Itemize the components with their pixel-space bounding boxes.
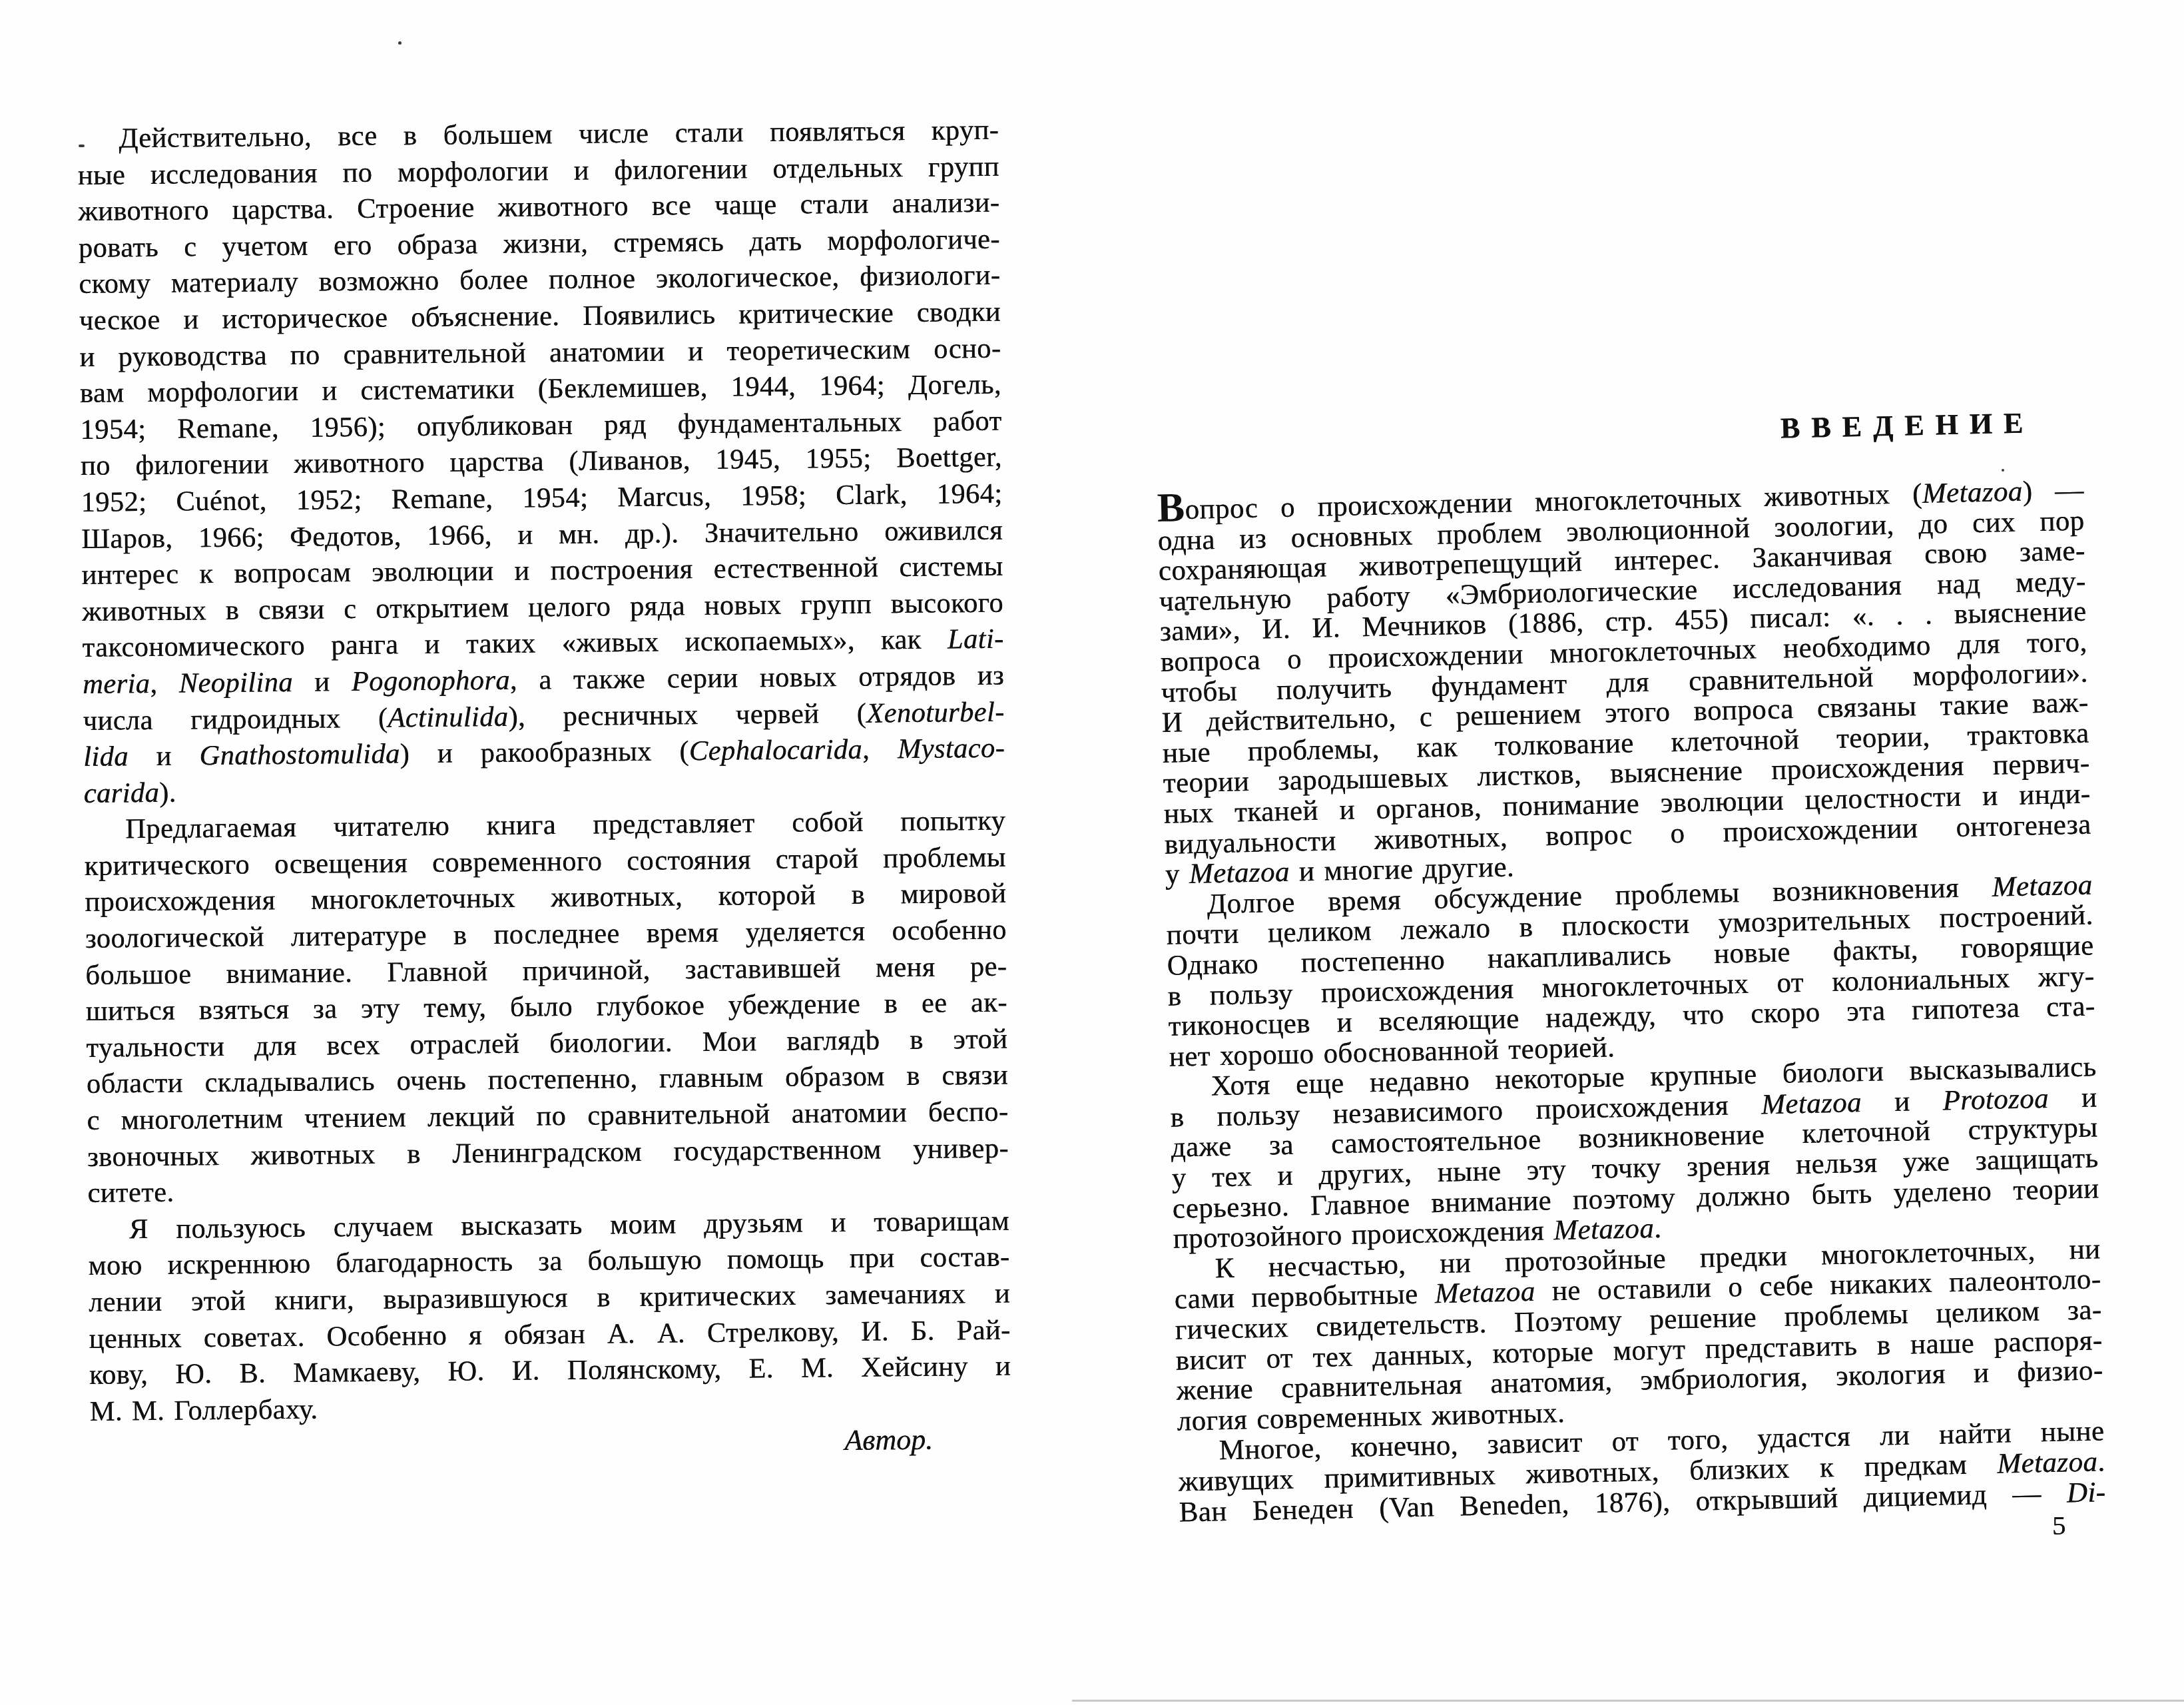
right-page: ВВЕДЕНИЕ Вопрос о происхождении многокле… [1155,405,2106,1528]
scan-speck [1185,611,1189,615]
left-page-text: Действительно, все в большем числе стали… [77,113,1011,1467]
page-number: 5 [2052,1509,2066,1541]
scan-speck [79,145,85,147]
right-page-text: Вопрос о происхождении многоклеточных жи… [1157,476,2105,1528]
scan-edge-shadow [1072,1700,2184,1702]
scanned-book-spread: Действительно, все в большем числе стали… [0,0,2184,1705]
scan-speck [398,41,402,45]
scan-speck [2002,469,2004,472]
